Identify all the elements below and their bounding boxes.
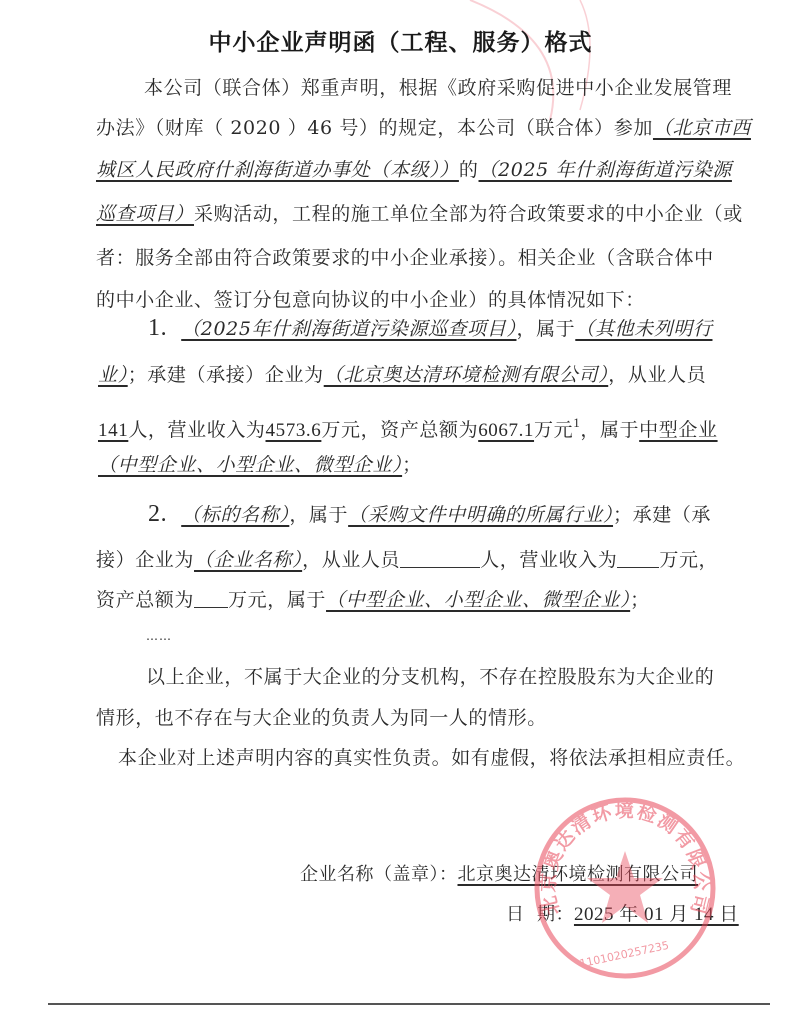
signature-date-row: 日 期：2025 年 01 月 14 日 [506,899,739,926]
intro-line-4: 巡查项目）采购活动，工程的施工单位全部为符合政策要求的中小企业（或 [96,202,743,226]
signature-company-row: 企业名称（盖章）：北京奥达清环境检测有限公司 [300,860,698,886]
item-text: ； [402,454,422,476]
item-1-line-4: （中型企业、小型企业、微型企业）； [98,453,422,477]
item-1-line-3: 141人，营业收入为4573.6万元，资产总额为6067.1万元1，属于中型企业 [98,411,718,443]
item-project: （2025年什刹海街道污染源巡查项目） [181,318,516,340]
item-text: ；承建（承 [613,504,711,526]
item-text: ，属于 [289,504,348,526]
intro-line-3: 城区人民政府什刹海街道办事处（本级））的（2025 年什刹海街道污染源 [96,158,732,182]
item-number: 1. [148,315,167,341]
purchaser-name-part2: 城区人民政府什刹海街道办事处（本级）） [96,159,459,181]
purchaser-name-part1: （北京市西 [653,117,751,139]
company-name: 北京奥达清环境检测有限公司 [458,864,699,885]
item-2-line-2: 接）企业为（企业名称），从业人员人，营业收入为万元， [96,548,718,572]
item-2-line-3: 资产总额为万元，属于（中型企业、小型企业、微型企业）； [96,588,650,612]
item-text: ； [630,589,650,611]
intro-text: 采购活动，工程的施工单位全部为符合政策要求的中小企业（或 [194,203,743,225]
item-text: ，属于 [580,419,639,441]
item-text: ，属于 [516,318,575,340]
item-2-line-1: 2.（标的名称），属于（采购文件中明确的所属行业）；承建（承 [148,502,711,527]
item-industry: （其他未列明行 [575,318,712,340]
statement-line-1: 以上企业，不属于大企业的分支机构，不存在控股股东为大企业的 [146,665,714,689]
project-name-part2: 巡查项目） [96,203,194,225]
footnote-divider [48,1003,770,1005]
stamp-code: 1101020257235 [578,939,670,971]
stamp-bleed-trace [430,0,630,120]
item-1-line-2: 业）；承建（承接）企业为（北京奥达清环境检测有限公司），从业人员 [98,363,706,387]
intro-line-2: 办法》（财库（ 2020 ）46 号）的规定，本公司（联合体）参加（北京市西 [96,116,751,140]
intro-text: 办法》（财库（ 2020 ）46 号）的规定，本公司（联合体）参加 [96,117,653,139]
item-text: 万元，属于 [228,589,326,611]
item-text: 人，营业收入为 [480,549,617,571]
item-text: 人，营业收入为 [128,419,265,441]
ellipsis: …… [146,624,172,648]
item-size-options: （中型企业、小型企业、微型企业） [98,454,402,476]
item-project: （标的名称） [181,504,289,526]
item-1-line-1: 1.（2025年什刹海街道污染源巡查项目），属于（其他未列明行 [148,316,712,341]
company-label: 企业名称（盖章）： [300,864,458,885]
item-text: 万元 [534,419,573,441]
item-contractor: （企业名称） [194,549,302,571]
intro-line-1: 本公司（联合体）郑重声明，根据《政府采购促进中小企业发展管理 [144,76,732,100]
item-size-options: （中型企业、小型企业、微型企业） [326,589,630,611]
date-label: 日 期： [506,904,574,925]
company-seal-stamp: 北京奥达清环境检测有限公司 1101020257235 [530,793,720,983]
item-text: ，从业人员 [608,364,706,386]
intro-line-6: 的中小企业、签订分包意向协议的中小企业）的具体情况如下： [96,288,645,312]
statement-line-2: 情形，也不存在与大企业的负责人为同一人的情形。 [96,706,547,730]
item-number: 2. [148,501,167,527]
project-name-part1: （2025 年什刹海街道污染源 [479,159,732,181]
item-contractor: （北京奥达清环境检测有限公司） [324,364,609,386]
item-text: ，从业人员 [302,549,400,571]
item-text: 资产总额为 [96,589,194,611]
item-text: 万元， [659,549,718,571]
intro-text: 的 [459,159,479,181]
staff-blank [400,549,480,568]
item-industry: （采购文件中明确的所属行业） [348,504,613,526]
item-text: 接）企业为 [96,549,194,571]
item-text: 万元，资产总额为 [321,419,478,441]
date-value: 2025 年 01 月 14 日 [574,904,739,925]
item-size: 中型企业 [639,419,717,441]
assets-blank [194,589,228,608]
revenue-blank [617,549,659,568]
page-title: 中小企业声明函（工程、服务）格式 [0,24,801,57]
responsibility-line: 本企业对上述声明内容的真实性负责。如有虚假，将依法承担相应责任。 [118,746,745,770]
item-industry-cont: 业） [98,364,128,386]
item-staff: 141 [98,420,128,441]
item-revenue: 4573.6 [266,420,322,441]
intro-line-5: 者：服务全部由符合政策要求的中小企业承接）。相关企业（含联合体中 [96,246,714,270]
item-text: ；承建（承接）企业为 [128,364,324,386]
item-assets: 6067.1 [478,420,534,441]
